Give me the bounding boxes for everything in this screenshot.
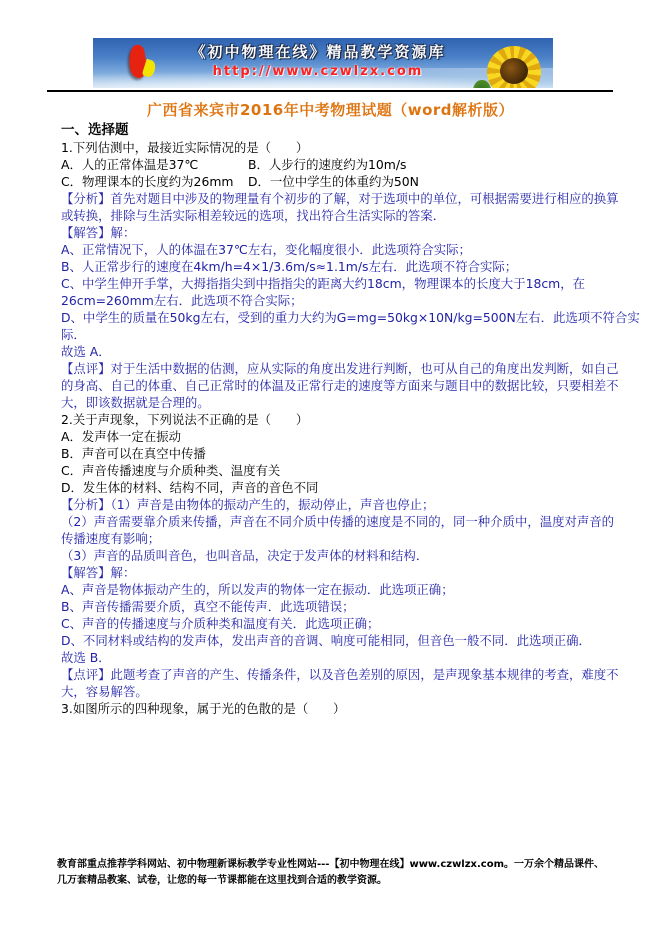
- banner-text: 《初中物理在线》精品教学资源库 http://www.czwlzx.com: [153, 41, 483, 79]
- footer-line-1: 教育部重点推荐学科网站、初中物理新课标教学专业性网站---【初中物理在线】www…: [57, 857, 619, 873]
- option-text: C．物理课本的长度约为26mm: [61, 173, 248, 190]
- text-line-34: 大，容易解答。: [61, 683, 603, 700]
- text-line-32: 故选 B．: [61, 649, 603, 666]
- text-line-16: 的身高、自己的体重、自己正常时的体温及正常行走的速度等方面来与题目中的数据比较，…: [61, 377, 603, 394]
- text-line-27: 【解答】解：: [61, 564, 603, 581]
- page-title: 广西省来宾市2016年中考物理试题（word解析版）: [0, 99, 661, 120]
- text-line-8: A、正常情况下，人的体温在37℃左右，变化幅度很小．此选项符合实际；: [61, 241, 603, 258]
- text-line-29: B、声音传播需要介质，真空不能传声．此选项错误；: [61, 598, 603, 615]
- document-page: 《初中物理在线》精品教学资源库 http://www.czwlzx.com 广西…: [0, 0, 661, 936]
- text-line-25: 传播速度有影响；: [61, 530, 603, 547]
- page-footer: 教育部重点推荐学科网站、初中物理新课标教学专业性网站---【初中物理在线】www…: [57, 857, 619, 889]
- document-lines: 一、选择题1.下列估测中，最接近实际情况的是（ ）A．人的正常体温是37℃B．人…: [61, 122, 603, 717]
- site-url-link[interactable]: http://www.czwlzx.com: [153, 64, 483, 79]
- text-line-1: 一、选择题: [61, 122, 603, 139]
- site-title: 《初中物理在线》精品教学资源库: [153, 41, 483, 62]
- text-line-5: 【分析】首先对题目中涉及的物理量有个初步的了解，对于选项中的单位，可根据需要进行…: [61, 190, 603, 207]
- text-line-11: 26cm=260mm左右．此选项不符合实际；: [61, 292, 603, 309]
- text-line-19: A．发声体一定在振动: [61, 428, 603, 445]
- text-line-22: D．发生体的材料、结构不同，声音的音色不同: [61, 479, 603, 496]
- text-line-23: 【分析】（1）声音是由物体的振动产生的，振动停止，声音也停止；: [61, 496, 603, 513]
- text-line-18: 2.关于声现象，下列说法不正确的是（ ）: [61, 411, 603, 428]
- footer-line-2: 几万套精品教案、试卷，让您的每一节课都能在这里找到合适的教学资源。: [57, 873, 619, 889]
- divider-line: [47, 90, 613, 92]
- text-line-28: A、声音是物体振动产生的，所以发声的物体一定在振动．此选项正确；: [61, 581, 603, 598]
- text-line-31: D、不同材料或结构的发声体，发出声音的音调、响度可能相同，但音色一般不同．此选项…: [61, 632, 603, 649]
- text-line-26: （3）声音的品质叫音色，也叫音品，决定于发声体的材料和结构．: [61, 547, 603, 564]
- option-text: D．一位中学生的体重约为50N: [248, 173, 419, 190]
- text-line-13: 际．: [61, 326, 603, 343]
- text-line-15: 【点评】对于生活中数据的估测，应从实际的角度出发进行判断，也可从自己的角度出发判…: [61, 360, 603, 377]
- text-line-4: C．物理课本的长度约为26mmD．一位中学生的体重约为50N: [61, 173, 603, 190]
- sunflower-icon: [487, 46, 541, 88]
- text-line-6: 或转换，排除与生活实际相差较远的选项，找出符合生活实际的答案．: [61, 207, 603, 224]
- text-line-9: B、人正常步行的速度在4km/h=4×1/3.6m/s≈1.1m/s左右．此选项…: [61, 258, 603, 275]
- text-line-35: 3.如图所示的四种现象，属于光的色散的是（ ）: [61, 700, 603, 717]
- site-banner: 《初中物理在线》精品教学资源库 http://www.czwlzx.com: [93, 38, 553, 88]
- option-text: A．人的正常体温是37℃: [61, 156, 248, 173]
- text-line-14: 故选 A．: [61, 343, 603, 360]
- text-line-2: 1.下列估测中，最接近实际情况的是（ ）: [61, 139, 603, 156]
- text-line-17: 大，即该数据就是合理的。: [61, 394, 603, 411]
- text-line-10: C、中学生伸开手掌，大拇指指尖到中指指尖的距离大约18cm，物理课本的长度大于1…: [61, 275, 603, 292]
- text-line-12: D、中学生的质量在50kg左右，受到的重力大约为G=mg=50kg×10N/kg…: [61, 309, 603, 326]
- text-line-7: 【解答】解：: [61, 224, 603, 241]
- text-line-21: C．声音传播速度与介质种类、温度有关: [61, 462, 603, 479]
- text-line-33: 【点评】此题考查了声音的产生、传播条件，以及音色差别的原因，是声现象基本规律的考…: [61, 666, 603, 683]
- text-line-30: C、声音的传播速度与介质种类和温度有关．此选项正确；: [61, 615, 603, 632]
- option-text: B．人步行的速度约为10m/s: [248, 156, 406, 173]
- text-line-24: （2）声音需要靠介质来传播，声音在不同介质中传播的速度是不同的，同一种介质中，温…: [61, 513, 603, 530]
- text-line-3: A．人的正常体温是37℃B．人步行的速度约为10m/s: [61, 156, 603, 173]
- text-line-20: B．声音可以在真空中传播: [61, 445, 603, 462]
